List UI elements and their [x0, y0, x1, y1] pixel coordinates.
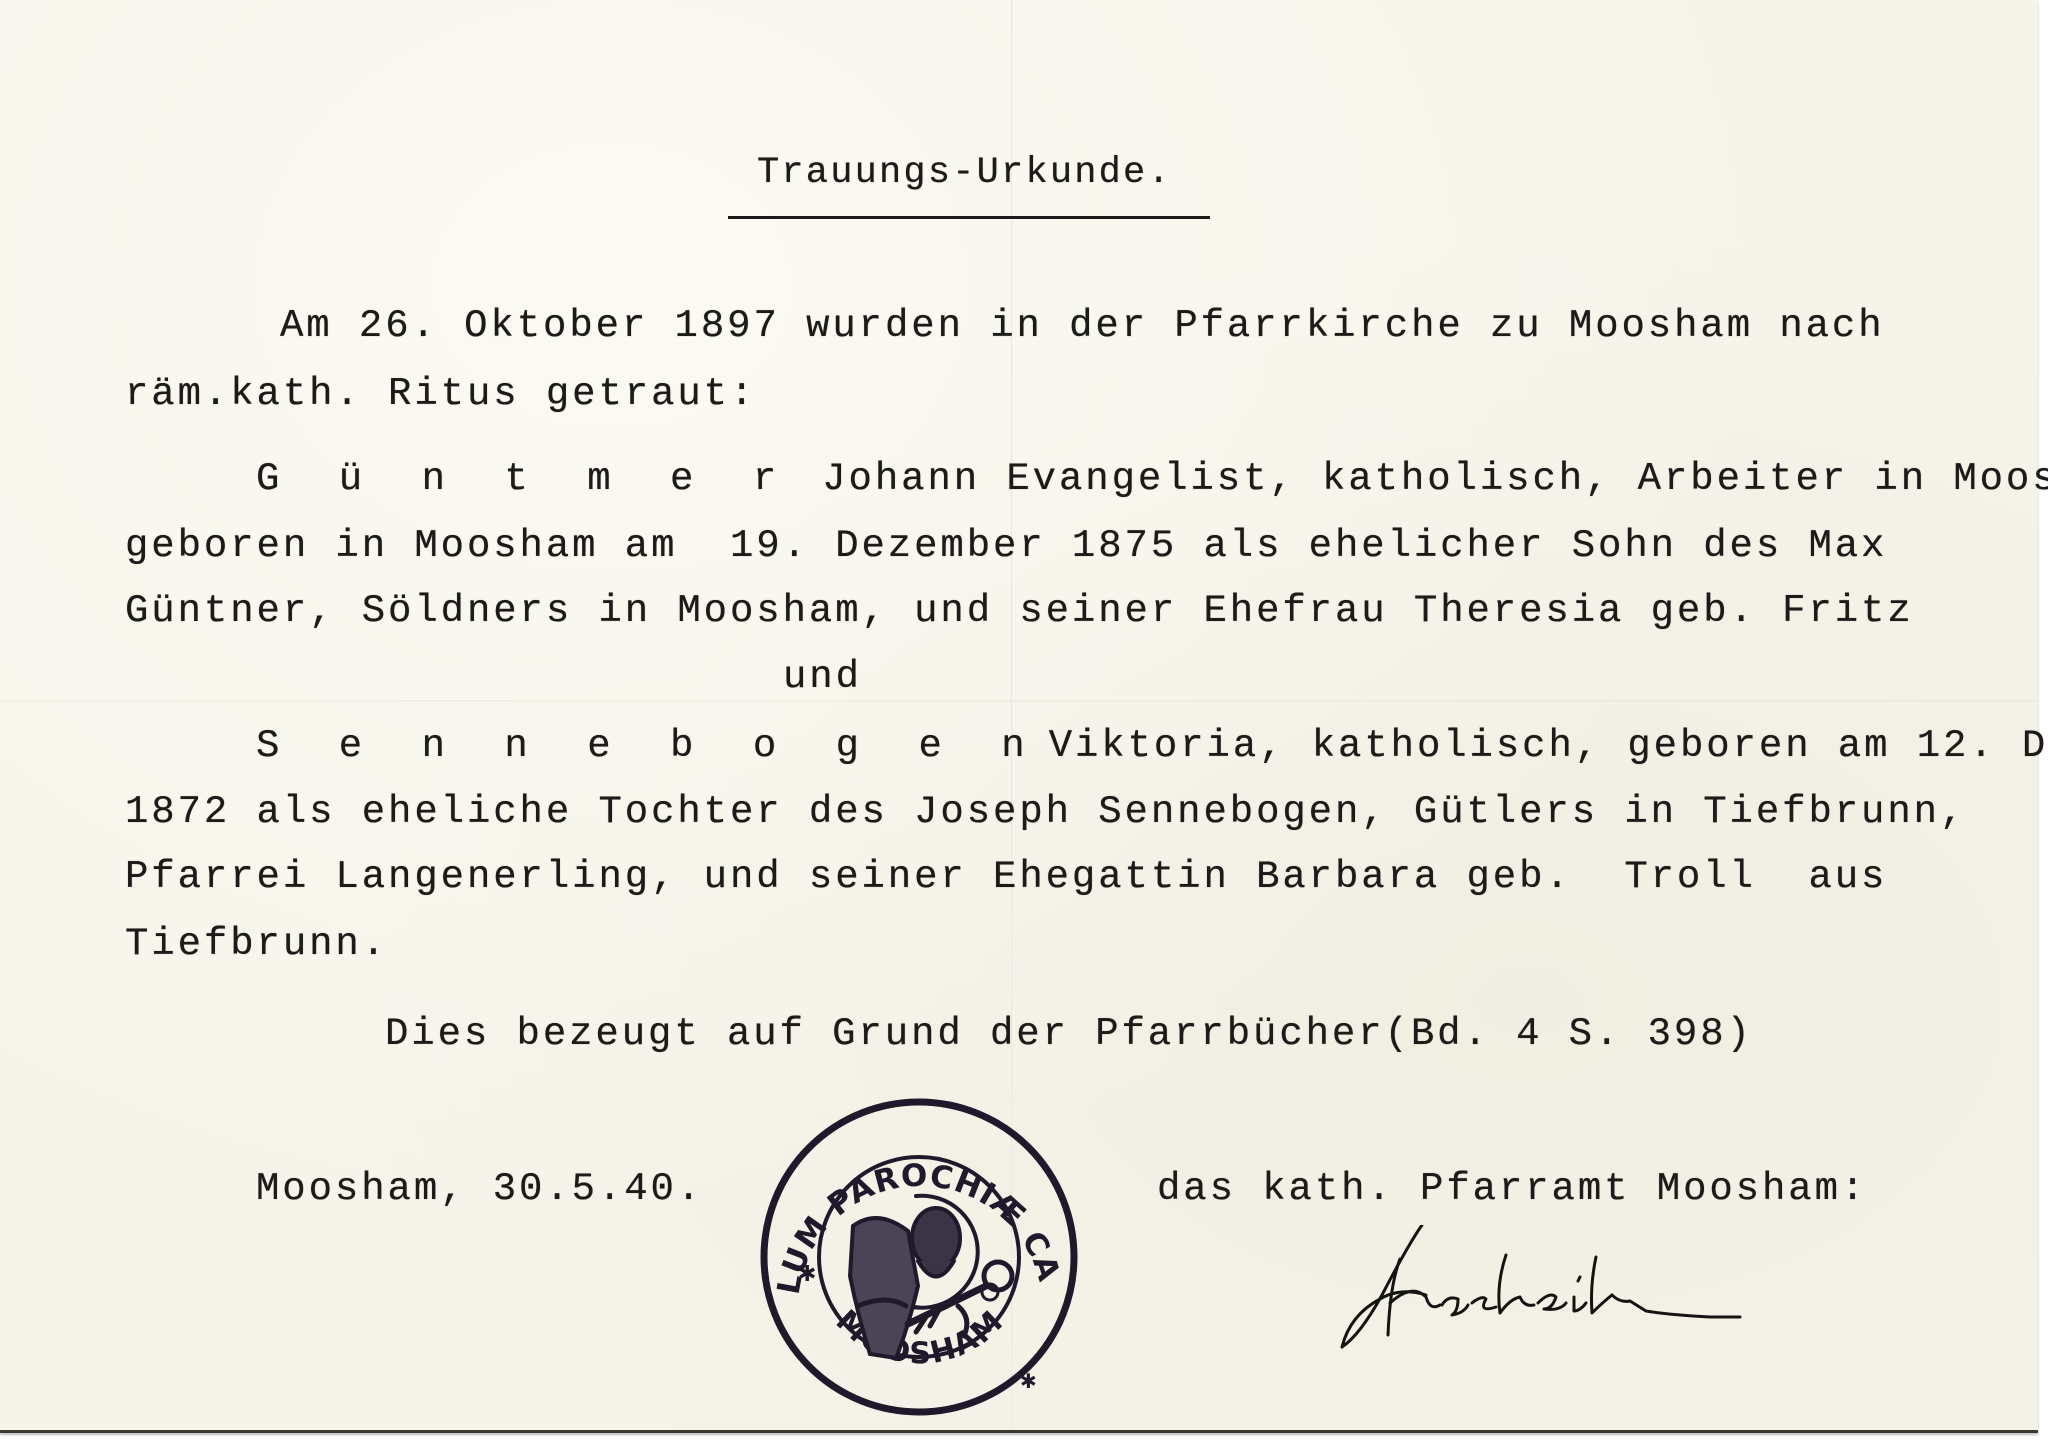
svg-text:✱: ✱ [798, 1262, 816, 1287]
parish-seal-stamp: SIGILLUM PAROCHIÆ CATHOL. MOOSHAM ✱ ✱ [758, 1096, 1080, 1418]
attestation-line: Dies bezeugt auf Grund der Pfarrbücher(B… [385, 1015, 1753, 1054]
intro-line-1: Am 26. Oktober 1897 wurden in der Pfarrk… [280, 307, 1885, 346]
pastor-signature: Haslreiter [1330, 1225, 1760, 1355]
intro-line-2: räm.kath. Ritus getraut: [125, 375, 756, 414]
svg-text:MOOSHAM: MOOSHAM [829, 1303, 1011, 1371]
bride-surname: S e n n e b o g e n [256, 724, 1043, 768]
bride-line-4: Tiefbrunn. [125, 925, 388, 964]
bride-line-1: S e n n e b o g e nViktoria, katholisch,… [256, 727, 2048, 766]
bride-line-2: 1872 als eheliche Tochter des Joseph Sen… [125, 793, 1966, 832]
seal-bottom-text: MOOSHAM [829, 1303, 1011, 1371]
place-date: Moosham, 30.5.40. [256, 1170, 703, 1209]
document-title: Trauungs-Urkunde. [757, 155, 1172, 192]
conjunction-und: und [783, 658, 862, 697]
certificate-paper: Trauungs-Urkunde. Am 26. Oktober 1897 wu… [0, 0, 2038, 1433]
groom-details: Johann Evangelist, katholisch, Arbeiter … [822, 457, 2048, 501]
paper-fold-horizontal [0, 700, 2038, 702]
groom-line-3: Güntner, Söldners in Moosham, und seiner… [125, 592, 1914, 631]
groom-line-1: G ü n t m e rJohann Evangelist, katholis… [256, 460, 2048, 499]
groom-surname: G ü n t m e r [256, 457, 794, 501]
bride-details: Viktoria, katholisch, geboren am 12. Dez… [1049, 724, 2048, 768]
issuer-line: das kath. Pfarramt Moosham: [1157, 1170, 1867, 1209]
title-underline [728, 216, 1210, 219]
bride-line-3: Pfarrei Langenerling, und seiner Ehegatt… [125, 858, 1887, 897]
groom-line-2: geboren in Moosham am 19. Dezember 1875 … [125, 527, 1887, 566]
svg-text:✱: ✱ [1020, 1369, 1037, 1393]
